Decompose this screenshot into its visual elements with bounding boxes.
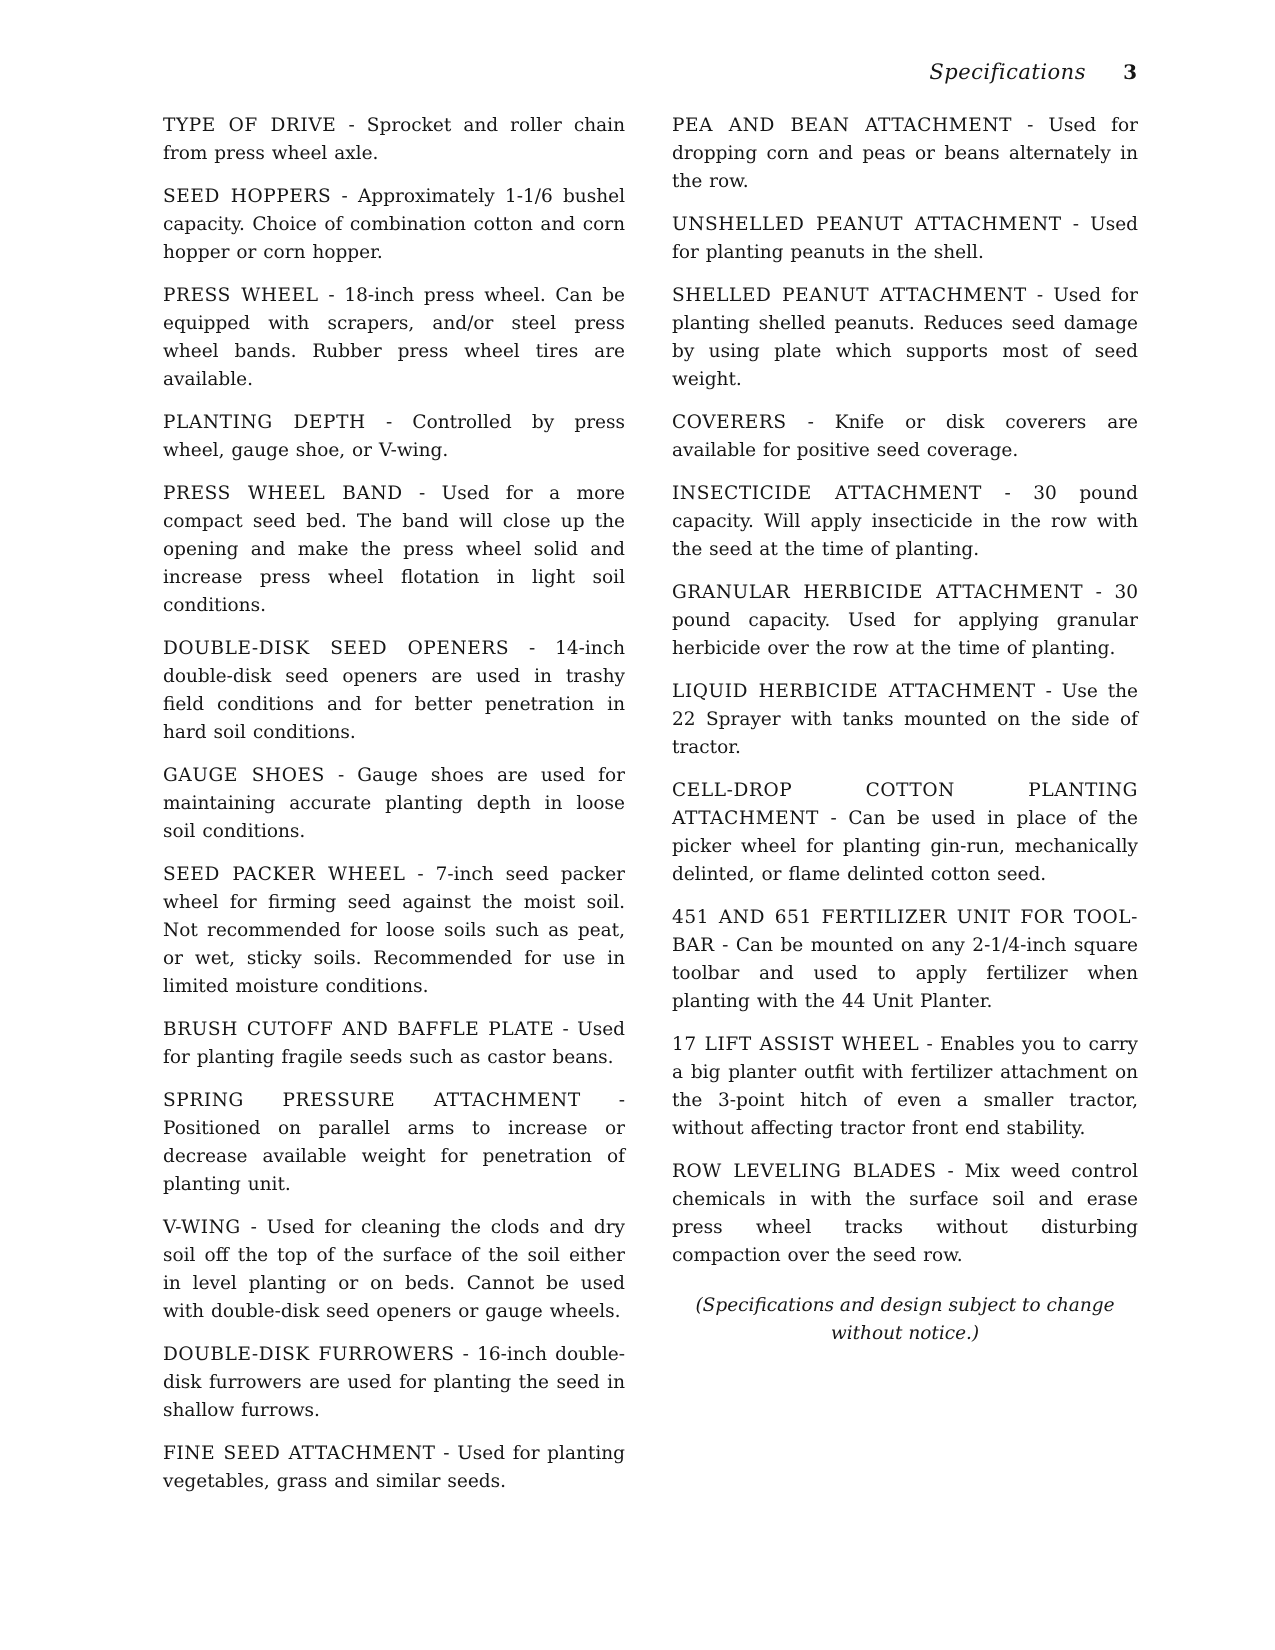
spec-entry: PEA AND BEAN ATTACHMENT - Used for dropp…	[672, 112, 1138, 196]
spec-separator: -	[1027, 285, 1053, 306]
spec-separator: -	[982, 483, 1033, 504]
spec-entry: LIQUID HERBICIDE ATTACHMENT - Use the 22…	[672, 678, 1138, 762]
right-column: PEA AND BEAN ATTACHMENT - Used for dropp…	[672, 112, 1138, 1348]
spec-term: SPRING PRESSURE ATTACHMENT	[163, 1090, 581, 1111]
spec-entry: V-WING - Used for cleaning the clods and…	[163, 1214, 625, 1326]
spec-entry: GAUGE SHOES - Gauge shoes are used for m…	[163, 762, 625, 846]
spec-term: UNSHELLED PEANUT ATTACHMENT	[672, 214, 1062, 235]
spec-separator: -	[1036, 681, 1062, 702]
left-column: TYPE OF DRIVE - Sprocket and roller chai…	[163, 112, 625, 1511]
spec-term: LIQUID HERBICIDE ATTACHMENT	[672, 681, 1036, 702]
spec-entry: SPRING PRESSURE ATTACHMENT - Positioned …	[163, 1087, 625, 1199]
spec-description: Can be mounted on any 2-1/4-inch square …	[672, 935, 1138, 1012]
spec-term: PRESS WHEEL	[163, 285, 319, 306]
spec-separator: -	[366, 412, 413, 433]
two-column-body: TYPE OF DRIVE - Sprocket and roller chai…	[163, 112, 1138, 1511]
page-header: Specifications 3	[0, 60, 1137, 84]
spec-entry: FINE SEED ATTACHMENT - Used for planting…	[163, 1440, 625, 1496]
spec-term: PEA AND BEAN ATTACHMENT	[672, 115, 1012, 136]
document-page: Specifications 3 TYPE OF DRIVE - Sprocke…	[0, 0, 1275, 1650]
spec-entry: COVERERS - Knife or disk coverers are av…	[672, 409, 1138, 465]
spec-entry: GRANULAR HERBICIDE ATTACHMENT - 30 pound…	[672, 579, 1138, 663]
spec-separator: -	[241, 1217, 267, 1238]
spec-entry: SEED PACKER WHEEL - 7-inch seed packer w…	[163, 861, 625, 1001]
spec-term: BRUSH CUTOFF AND BAFFLE PLATE	[163, 1019, 554, 1040]
spec-term: TYPE OF DRIVE	[163, 115, 336, 136]
spec-term: ROW LEVELING BLADES	[672, 1161, 937, 1182]
spec-separator: -	[937, 1161, 965, 1182]
spec-entry: PRESS WHEEL BAND - Used for a more compa…	[163, 480, 625, 620]
spec-separator: -	[325, 765, 357, 786]
spec-separator: -	[319, 285, 345, 306]
spec-entry: DOUBLE-DISK SEED OPENERS - 14-inch doubl…	[163, 635, 625, 747]
spec-entry: CELL-DROP COTTON PLANTING ATTACHMENT - C…	[672, 777, 1138, 889]
spec-term: COVERERS	[672, 412, 787, 433]
spec-term: INSECTICIDE ATTACHMENT	[672, 483, 982, 504]
spec-separator: -	[919, 1034, 940, 1055]
change-notice-footnote: (Specifications and design subject to ch…	[672, 1292, 1138, 1348]
spec-term: V-WING	[163, 1217, 241, 1238]
spec-term: DOUBLE-DISK SEED OPENERS	[163, 638, 509, 659]
spec-term: DOUBLE-DISK FURROWERS	[163, 1344, 455, 1365]
spec-description: Positioned on parallel arms to increase …	[163, 1118, 625, 1195]
spec-term: SEED HOPPERS	[163, 186, 331, 207]
page-number: 3	[1123, 60, 1137, 84]
spec-entry: TYPE OF DRIVE - Sprocket and roller chai…	[163, 112, 625, 168]
running-head-title: Specifications	[929, 60, 1086, 84]
spec-term: SHELLED PEANUT ATTACHMENT	[672, 285, 1027, 306]
spec-entry: 451 AND 651 FERTILIZER UNIT FOR TOOL-BAR…	[672, 904, 1138, 1016]
spec-entry: 17 LIFT ASSIST WHEEL - Enables you to ca…	[672, 1031, 1138, 1143]
spec-entry: INSECTICIDE ATTACHMENT - 30 pound capaci…	[672, 480, 1138, 564]
spec-entry: SEED HOPPERS - Approximately 1-1/6 bushe…	[163, 183, 625, 267]
spec-entry: PLANTING DEPTH - Controlled by press whe…	[163, 409, 625, 465]
spec-separator: -	[1062, 214, 1090, 235]
spec-term: SEED PACKER WHEEL	[163, 864, 406, 885]
spec-entry: DOUBLE-DISK FURROWERS - 16-inch double-d…	[163, 1341, 625, 1425]
spec-separator: -	[509, 638, 555, 659]
spec-separator: -	[715, 935, 736, 956]
spec-entry: ROW LEVELING BLADES - Mix weed control c…	[672, 1158, 1138, 1270]
spec-separator: -	[787, 412, 835, 433]
spec-term: 17 LIFT ASSIST WHEEL	[672, 1034, 919, 1055]
spec-separator: -	[403, 483, 442, 504]
spec-term: PLANTING DEPTH	[163, 412, 366, 433]
spec-term: GAUGE SHOES	[163, 765, 325, 786]
spec-separator: -	[436, 1443, 458, 1464]
spec-separator: -	[581, 1090, 625, 1111]
spec-entry: SHELLED PEANUT ATTACHMENT - Used for pla…	[672, 282, 1138, 394]
spec-term: PRESS WHEEL BAND	[163, 483, 403, 504]
spec-separator: -	[1083, 582, 1114, 603]
spec-entry: UNSHELLED PEANUT ATTACHMENT - Used for p…	[672, 211, 1138, 267]
spec-separator: -	[455, 1344, 478, 1365]
spec-separator: -	[331, 186, 358, 207]
spec-entry: BRUSH CUTOFF AND BAFFLE PLATE - Used for…	[163, 1016, 625, 1072]
spec-term: GRANULAR HERBICIDE ATTACHMENT	[672, 582, 1083, 603]
spec-separator: -	[1012, 115, 1048, 136]
right-column-entries: PEA AND BEAN ATTACHMENT - Used for dropp…	[672, 112, 1138, 1270]
spec-separator: -	[406, 864, 436, 885]
spec-separator: -	[819, 808, 848, 829]
spec-term: FINE SEED ATTACHMENT	[163, 1443, 436, 1464]
spec-separator: -	[336, 115, 366, 136]
spec-separator: -	[554, 1019, 577, 1040]
spec-entry: PRESS WHEEL - 18-inch press wheel. Can b…	[163, 282, 625, 394]
